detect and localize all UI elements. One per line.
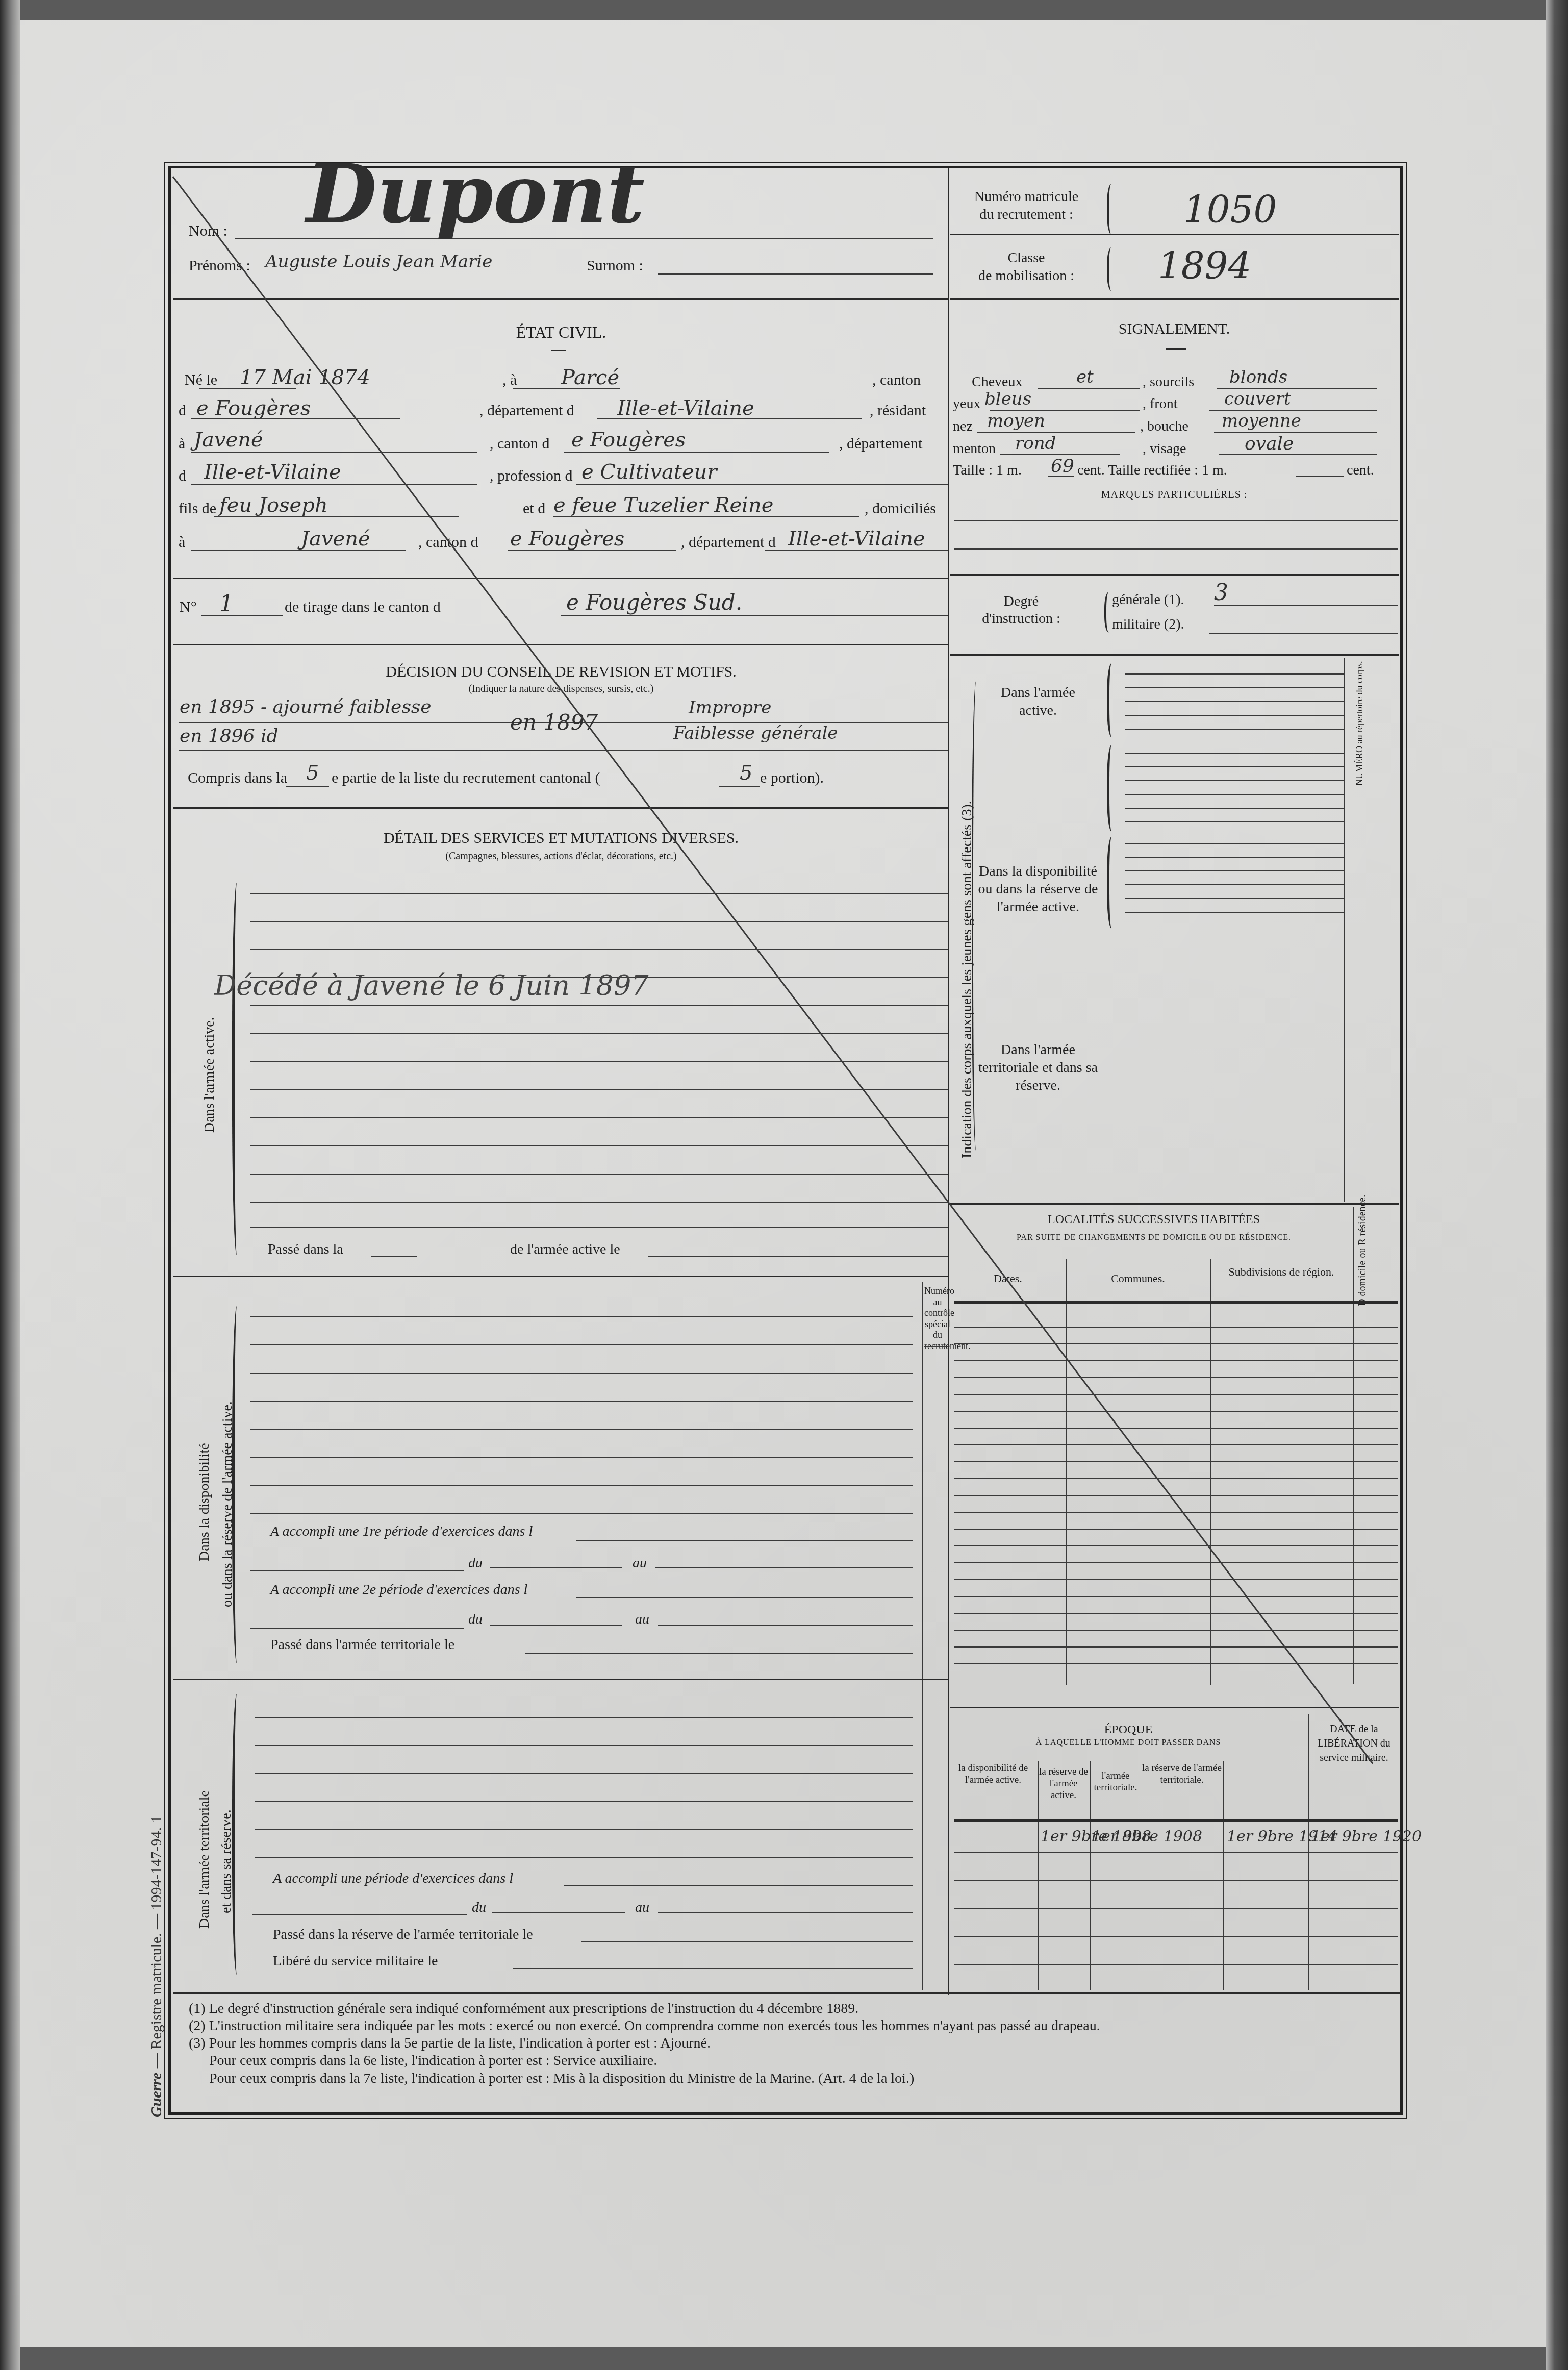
decision-line-1[interactable]: en 1895 - ajourné faiblesse [180, 698, 432, 716]
localites-side-column: D domicile ou R résidence. [1357, 1195, 1369, 1306]
visage-value[interactable]: ovale [1245, 435, 1294, 453]
column-divider [1090, 1761, 1091, 1990]
corps-group-territoriale: Dans l'armée territoriale et dans sa rés… [977, 1041, 1099, 1094]
canton-label: , canton [872, 372, 921, 388]
field-line [179, 750, 949, 751]
generale-value[interactable]: 3 [1214, 582, 1228, 604]
entry-line [250, 1227, 949, 1228]
entry-line [954, 548, 1398, 550]
column-divider [922, 1282, 923, 1684]
parents-canton-value[interactable]: e Fougères [510, 529, 624, 549]
brace [232, 883, 244, 1255]
canton-prefix: d [179, 403, 186, 418]
front-label: , front [1143, 397, 1177, 411]
tirage-no-value[interactable]: 1 [219, 593, 234, 615]
taille-label: Taille : 1 m. [953, 463, 1022, 478]
field-line [490, 1625, 622, 1626]
portion-label: e portion). [760, 770, 824, 786]
periode1-label: A accompli une 1re période d'exercices d… [270, 1525, 533, 1539]
field-line [977, 432, 1135, 433]
sourcils-value[interactable]: blonds [1229, 368, 1287, 386]
residence-dept-value[interactable]: Ille-et-Vilaine [204, 462, 341, 482]
field-line [1296, 476, 1344, 477]
corps-group-dispo: Dans la disponibilité ou dans la réserve… [977, 862, 1099, 916]
epoque-value-territoriale[interactable]: 1er 9bre 1908 [1092, 1829, 1202, 1844]
field-line [513, 1968, 913, 1969]
table-row [954, 1411, 1398, 1412]
entry-line [255, 1801, 913, 1802]
parents-dept-value[interactable]: Ille-et-Vilaine [788, 529, 925, 549]
entry-line [1125, 821, 1344, 822]
footnote-3c: Pour ceux compris dans la 7e liste, l'in… [189, 2070, 1398, 2087]
fils-de-label: fils de [179, 501, 216, 516]
residence-prefix: à [179, 436, 185, 452]
field-line [250, 1570, 464, 1571]
table-row [954, 1327, 1398, 1328]
localites-col-communes: Communes. [1066, 1273, 1210, 1284]
field-line [648, 1256, 949, 1257]
decision-line-3-bottom[interactable]: Faiblesse générale [673, 725, 838, 742]
entry-line [250, 1089, 949, 1090]
brace [1107, 247, 1118, 291]
field-line [564, 452, 829, 453]
entry-line [1125, 673, 1344, 675]
entry-line [250, 1033, 949, 1034]
divider [950, 574, 1399, 576]
brace [1107, 663, 1119, 737]
nom-label: Nom : [189, 223, 227, 239]
table-row [954, 1596, 1398, 1597]
signalement-title: SIGNALEMENT. [950, 321, 1399, 337]
entry-line [255, 1773, 913, 1774]
epoque-title: ÉPOQUE [950, 1724, 1307, 1736]
field-line [924, 1346, 949, 1347]
divider [950, 234, 1399, 235]
residence-canton-value[interactable]: e Fougères [571, 430, 686, 450]
entry-line [250, 1513, 913, 1514]
passe-dans-la-label: Passé dans la [268, 1242, 343, 1257]
profession-label: , profession d [490, 468, 572, 484]
entry-line [250, 1005, 949, 1006]
du-label: du [468, 1556, 483, 1570]
partie-label: e partie de la liste du recrutement cant… [332, 770, 600, 786]
entry-line [1125, 857, 1344, 858]
canton-value[interactable]: e Fougères [196, 398, 311, 418]
table-row [954, 1377, 1398, 1378]
divider [950, 1203, 1399, 1205]
field-line [1209, 633, 1398, 634]
table-row [954, 1360, 1398, 1361]
periode2-label: A accompli une 2e période d'exercices da… [270, 1583, 527, 1597]
table-row [954, 1529, 1398, 1530]
compris-value[interactable]: 5 [306, 763, 319, 783]
field-line [655, 1567, 913, 1568]
entry-line [1125, 687, 1344, 688]
domicilies-label: , domiciliés [865, 501, 936, 516]
epoque-col-reserve-active: la réserve de l'armée active. [1039, 1766, 1089, 1801]
departement-value[interactable]: Ille-et-Vilaine [617, 398, 754, 418]
matricule-label: Numéro matriculedu recrutement : [950, 188, 1103, 223]
degre-label: Degréd'instruction : [950, 593, 1093, 627]
surnom-line [658, 273, 933, 275]
taille-rectifiee-label: cent. Taille rectifiée : 1 m. [1077, 463, 1227, 478]
table-row [954, 1880, 1398, 1881]
entry-line [1125, 729, 1344, 730]
table-row [954, 1964, 1398, 1965]
entry-line [1125, 870, 1344, 871]
marques-label: MARQUES PARTICULIÈRES : [950, 490, 1399, 500]
deces-entry[interactable]: Décédé à Javené le 6 Juin 1897 [214, 972, 649, 1000]
entry-line [1125, 794, 1344, 795]
residence-canton-label: , canton d [490, 436, 549, 452]
field-line [658, 1912, 913, 1913]
divider [950, 298, 1399, 300]
pere-value[interactable]: feu Joseph [219, 495, 328, 515]
decision-line-3-top[interactable]: Impropre [689, 699, 771, 716]
brace [1107, 745, 1119, 832]
footnote-3: (3) Pour les hommes compris dans la 5e p… [189, 2035, 1398, 2052]
title-rule [1166, 348, 1186, 350]
field-line [1214, 432, 1377, 433]
field-line [286, 786, 329, 787]
column-divider [1344, 658, 1345, 1202]
table-row [954, 1646, 1398, 1648]
ne-le-value[interactable]: 17 Mai 1874 [240, 367, 370, 388]
residant-label: , résidant [870, 403, 926, 418]
epoque-col-reserve-territoriale: la réserve de l'armée territoriale. [1142, 1763, 1222, 1786]
a-label: , à [502, 372, 517, 388]
field-line [1214, 605, 1398, 606]
table-row [954, 1852, 1398, 1853]
parents-a-label: à [179, 535, 185, 550]
de-armee-active-le-label: de l'armée active le [510, 1242, 620, 1257]
table-row [954, 1428, 1398, 1429]
compris-label: Compris dans la [188, 770, 287, 786]
field-line [581, 1941, 913, 1942]
divider [173, 1679, 949, 1680]
cheveux-label: Cheveux [972, 375, 1023, 389]
entry-line [1125, 884, 1344, 885]
entry-line [255, 1829, 913, 1830]
taille-value[interactable]: 69 [1051, 457, 1074, 476]
a-value[interactable]: Parcé [561, 367, 619, 388]
footnote-2: (2) L'instruction militaire sera indiqué… [189, 2017, 1398, 2035]
du-label: du [468, 1612, 483, 1627]
entry-line [250, 1145, 949, 1146]
bouche-value[interactable]: moyenne [1222, 412, 1301, 430]
page-edge [1546, 0, 1568, 2370]
tirage-no-label: N° [180, 600, 197, 615]
entry-line [1125, 701, 1344, 702]
field-line [1219, 454, 1377, 455]
residence-value[interactable]: Javené [194, 430, 263, 450]
field-line [191, 550, 406, 551]
entry-line [250, 1117, 949, 1118]
corps-group-active: Dans l'armée active. [982, 684, 1094, 719]
militaire-label: militaire (2). [1112, 617, 1184, 632]
portion-value[interactable]: 5 [740, 763, 752, 783]
divider [173, 298, 949, 300]
et-de-label: et d [523, 501, 545, 516]
entry-line [1125, 753, 1344, 754]
field-line [191, 484, 477, 485]
divider [173, 807, 949, 809]
yeux-value[interactable]: bleus [984, 390, 1031, 408]
localites-subtitle: PAR SUITE DE CHANGEMENTS DE DOMICILE OU … [950, 1234, 1358, 1242]
field-line [1038, 388, 1140, 389]
ne-le-label: Né le [185, 372, 217, 388]
surnom-label: Surnom : [587, 258, 643, 273]
entry-line [255, 1717, 913, 1718]
table-row [954, 1545, 1398, 1546]
entry-line [255, 1745, 913, 1746]
entry-line [1125, 898, 1344, 899]
column-divider [1223, 1761, 1224, 1990]
title-rule [551, 350, 566, 351]
entry-line [250, 1174, 949, 1175]
decision-title: DÉCISION DU CONSEIL DE REVISION ET MOTIF… [173, 664, 949, 680]
localites-title: LOCALITÉS SUCCESSIVES HABITÉES [950, 1213, 1358, 1226]
liberation-value[interactable]: 1er 9bre 1920 [1311, 1829, 1422, 1844]
table-row [954, 1343, 1398, 1344]
column-divider [1210, 1259, 1211, 1685]
au-label: au [635, 1612, 649, 1627]
parents-a-value[interactable]: Javené [301, 529, 370, 549]
table-row [954, 1936, 1398, 1937]
menton-value[interactable]: rond [1015, 435, 1056, 452]
passe-territoriale-label: Passé dans l'armée territoriale le [270, 1638, 454, 1652]
brace [232, 1694, 244, 1975]
section-active-label: Dans l'armée active. [201, 1017, 218, 1133]
departement-label: , département d [479, 403, 574, 418]
liberation-header: DATE de la LIBÉRATION du service militai… [1309, 1722, 1399, 1765]
classe-label: Classede mobilisation : [950, 249, 1103, 285]
tirage-canton-value[interactable]: e Fougères Sud. [566, 592, 742, 613]
table-row [954, 1461, 1398, 1462]
divider [173, 578, 949, 579]
entry-line [250, 1485, 913, 1486]
section-dispo-label-1: Dans la disponibilité [196, 1443, 213, 1561]
epoque-subtitle: À LAQUELLE L'HOMME DOIT PASSER DANS [950, 1739, 1307, 1747]
table-row [954, 1444, 1398, 1445]
entry-line [250, 893, 949, 894]
divider [173, 1276, 949, 1277]
table-row [954, 1630, 1398, 1631]
residence-departement-label: , département [839, 436, 922, 452]
tirage-label: de tirage dans le canton d [285, 600, 441, 615]
services-subtitle: (Campagnes, blessures, actions d'éclat, … [173, 851, 949, 861]
localites-col-subdivisions: Subdivisions de région. [1210, 1265, 1353, 1279]
matricule-value[interactable]: 1050 [1183, 191, 1277, 228]
au-label: au [635, 1901, 649, 1915]
field-line [490, 1567, 622, 1568]
libere-label: Libéré du service militaire le [273, 1954, 438, 1968]
table-row [954, 1613, 1398, 1614]
periode-label: A accompli une période d'exercices dans … [273, 1872, 513, 1886]
column-divider [922, 1684, 923, 1990]
mere-value[interactable]: e feue Tuzelier Reine [553, 495, 773, 515]
sourcils-label: , sourcils [1143, 375, 1194, 389]
entry-line [250, 1401, 913, 1402]
entry-line [1125, 843, 1344, 844]
divider [173, 1992, 1400, 1994]
table-row [954, 1908, 1398, 1909]
divider [173, 644, 949, 645]
field-line [492, 1912, 625, 1913]
header-rule [954, 1819, 1398, 1822]
yeux-label: yeux [953, 397, 980, 411]
front-value[interactable]: couvert [1224, 390, 1291, 408]
entry-line [954, 520, 1398, 521]
table-row [954, 1579, 1398, 1580]
numero-repertoire-label: NUMÉRO au répertoire du corps. [1354, 661, 1365, 786]
field-line [576, 1597, 913, 1598]
numero-controle-label: Numéro au contrôle spécial du recrutemen… [924, 1286, 951, 1352]
table-row [954, 1562, 1398, 1563]
field-line [564, 1885, 913, 1886]
entry-line [1125, 808, 1344, 809]
entry-line [1125, 766, 1344, 767]
nom-value[interactable]: Dupont [306, 153, 645, 235]
footnote-1: (1) Le degré d'instruction générale sera… [189, 2000, 1398, 2017]
side-imprint: Guerre — Registre matricule. — 1994-147-… [148, 1815, 165, 2117]
entry-line [250, 1457, 913, 1458]
book-binding [0, 0, 20, 2370]
entry-line [250, 1344, 913, 1345]
residence-dept-prefix: d [179, 468, 186, 484]
generale-label: générale (1). [1112, 593, 1184, 607]
entry-line [1125, 912, 1344, 913]
menton-label: menton [953, 442, 996, 456]
profession-value[interactable]: e Cultivateur [581, 462, 717, 482]
column-divider [948, 168, 949, 1995]
epoque-col-disponibilite: la disponibilité de l'armée active. [950, 1763, 1036, 1786]
bouche-label: , bouche [1140, 419, 1188, 434]
entry-line [250, 1316, 913, 1317]
decision-line-2[interactable]: en 1896 id [180, 727, 279, 745]
passe-reserve-terr-label: Passé dans la réserve de l'armée territo… [273, 1928, 533, 1942]
header-rule [954, 1301, 1398, 1304]
field-line [561, 615, 949, 616]
services-title: DÉTAIL DES SERVICES ET MUTATIONS DIVERSE… [173, 831, 949, 846]
table-row [954, 1512, 1398, 1513]
field-line [576, 484, 949, 485]
field-line [252, 1914, 467, 1915]
parents-dept-label: , département d [681, 535, 776, 550]
classe-value[interactable]: 1894 [1158, 247, 1251, 284]
section-terr-label-1: Dans l'armée territoriale [196, 1790, 213, 1929]
entry-line [250, 921, 949, 922]
cheveux-value[interactable]: et [1076, 368, 1094, 386]
prenoms-value[interactable]: Auguste Louis Jean Marie [265, 253, 492, 270]
table-row [954, 1478, 1398, 1479]
field-line [201, 615, 283, 616]
table-row [954, 1495, 1398, 1496]
field-line [719, 786, 760, 787]
footnotes: (1) Le degré d'instruction générale sera… [189, 2000, 1398, 2087]
cent-label: cent. [1347, 463, 1374, 478]
field-line [525, 1653, 913, 1654]
entry-line [250, 1061, 949, 1062]
column-divider [1066, 1259, 1067, 1685]
brace [232, 1306, 244, 1663]
field-line [191, 452, 477, 453]
entry-line [250, 1202, 949, 1203]
field-line [576, 1540, 913, 1541]
entry-line [250, 1429, 913, 1430]
nez-label: nez [953, 419, 973, 434]
visage-label: , visage [1143, 442, 1186, 456]
epoque-col-territoriale: l'armée territoriale. [1091, 1770, 1141, 1794]
table-row [954, 1663, 1398, 1664]
form-frame [168, 166, 1403, 2115]
entry-line [1125, 715, 1344, 716]
entry-line [255, 1857, 913, 1858]
brace [1107, 837, 1119, 929]
footnote-3b: Pour ceux compris dans la 6e liste, l'in… [189, 2052, 1398, 2069]
field-line [658, 1625, 913, 1626]
du-label: du [472, 1901, 486, 1915]
entry-line [1125, 780, 1344, 781]
brace [1107, 184, 1118, 235]
au-label: au [633, 1556, 647, 1570]
table-row [954, 1394, 1398, 1395]
field-line [250, 1628, 464, 1629]
nez-value[interactable]: moyen [987, 412, 1045, 430]
field-line [371, 1256, 417, 1257]
divider [950, 654, 1399, 656]
entry-line [250, 1373, 913, 1374]
field-line [1000, 454, 1120, 455]
entry-line [250, 949, 949, 950]
